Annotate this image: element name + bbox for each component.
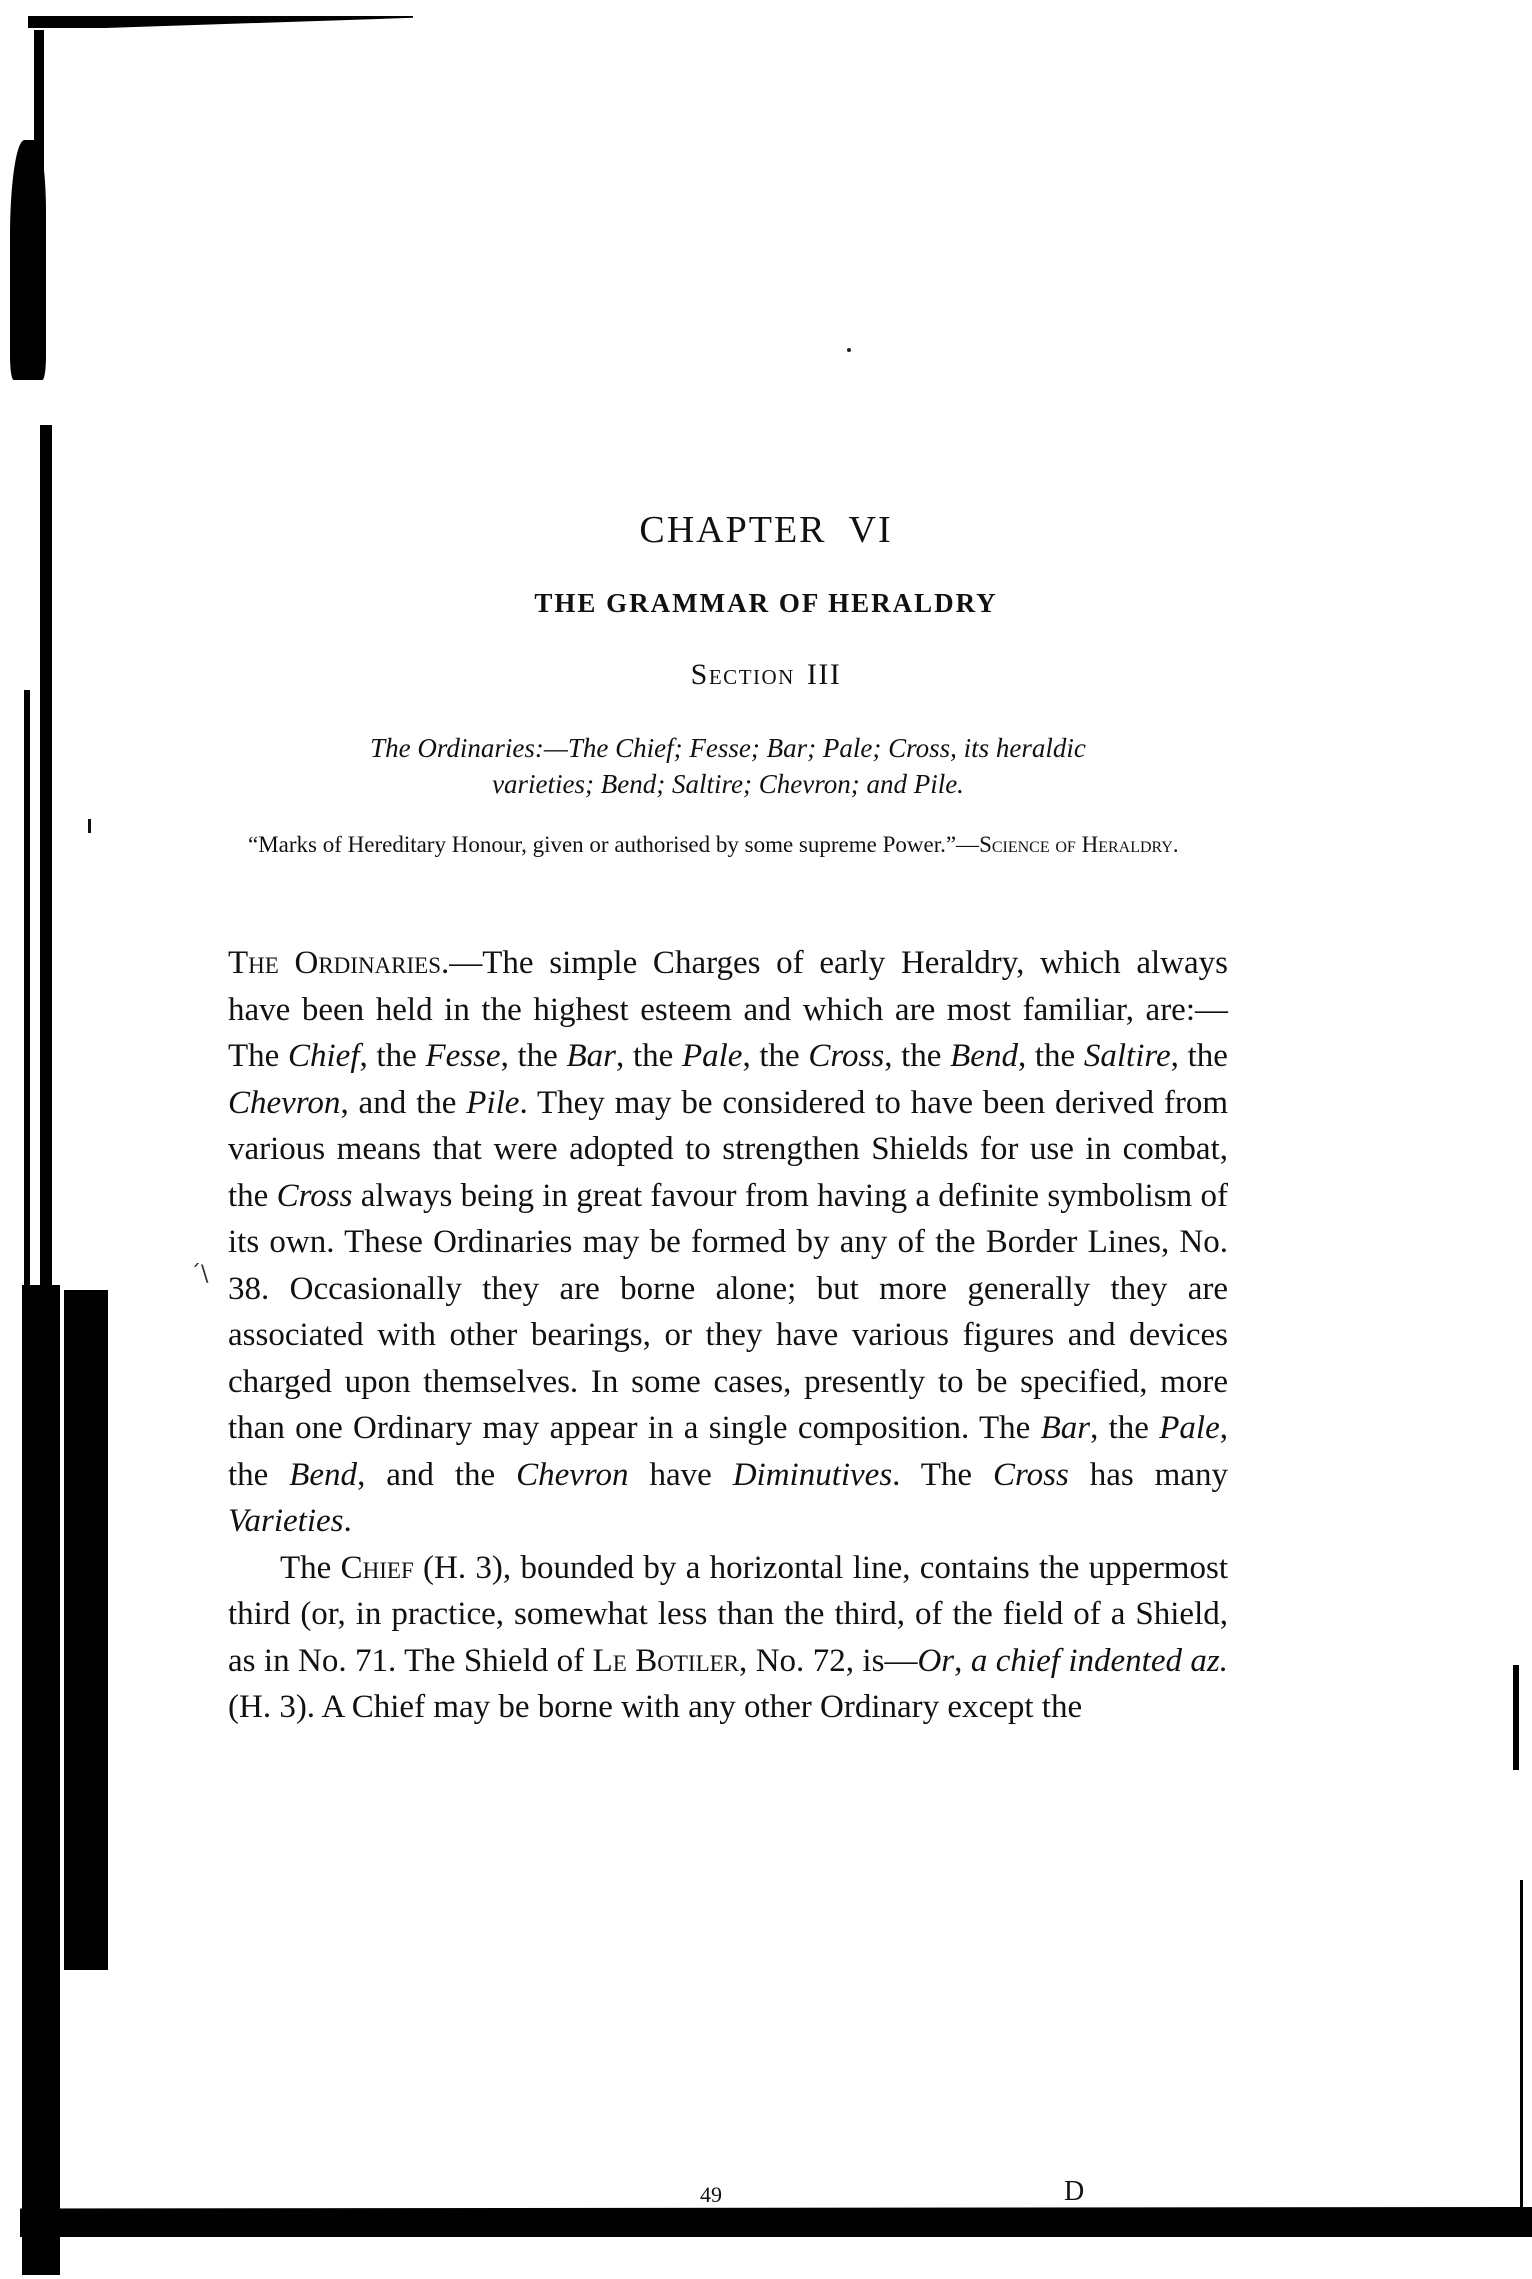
text-run: Varieties [228,1503,343,1539]
text-run: have [629,1457,733,1493]
text-run: , the [1171,1038,1228,1074]
text-run: Bend [950,1038,1018,1074]
text-run: , the [360,1038,426,1074]
margin-annotation-mark: ´\ [190,1262,208,1287]
text-run: Chief [288,1038,360,1074]
text-run: , the [742,1038,808,1074]
text-run: . The [892,1457,993,1493]
text-run: Bar [567,1038,617,1074]
text-run: Pale [682,1038,742,1074]
scan-edge-bottom [20,2207,1532,2237]
text-run: , and the [340,1085,466,1121]
scan-edge-left-strip [40,425,52,1325]
text-run: Chevron [516,1457,628,1493]
text-run: , the [884,1038,950,1074]
paragraph: The Chief (H. 3), bounded by a horizonta… [228,1545,1228,1731]
text-run: Chevron [228,1085,340,1121]
text-run: Cross [808,1038,884,1074]
text-run: , the [1090,1410,1159,1446]
signature-mark: D [1064,2176,1084,2208]
epigraph-quote: “Marks of Hereditary Honour, given or au… [248,832,979,857]
scan-edge-top [28,16,413,28]
epigraph: “Marks of Hereditary Honour, given or au… [228,828,1228,861]
text-run: Saltire [1084,1038,1171,1074]
text-run: Bend [289,1457,357,1493]
section-number: III [807,658,841,691]
text-run: , [954,1643,971,1679]
body-text: The Ordinaries.—The simple Charges of ea… [228,940,1228,1731]
scan-binding-shadow [22,1285,60,2275]
summary-line: The Ordinaries:—The Chief; Fesse; Bar; P… [228,730,1228,766]
scan-binding-shadow [64,1290,108,1970]
paragraph: The Ordinaries.—The simple Charges of ea… [228,940,1228,1545]
chapter-title: THE GRAMMAR OF HERALDRY [0,588,1532,619]
text-run: Cross [993,1457,1069,1493]
text-run: , the [616,1038,682,1074]
summary-line: varieties; Bend; Saltire; Chevron; and P… [228,766,1228,802]
section-summary: The Ordinaries:—The Chief; Fesse; Bar; P… [228,730,1228,802]
text-run: Cross [277,1178,353,1214]
text-run: , No. 72, is— [739,1643,917,1679]
scan-edge-left-strip [24,690,30,1340]
scan-edge-right [1520,1880,1523,2220]
text-run: Le Botiler [593,1643,739,1679]
scan-edge-right-mark [1513,1665,1519,1770]
text-run: Bar [1041,1410,1091,1446]
section-label: Section [691,658,795,691]
text-run: . [343,1503,351,1539]
text-run: Pile [466,1085,519,1121]
text-run: a chief indented az. [971,1643,1228,1679]
scan-edge-left-blob [10,140,46,380]
scan-speck [847,348,851,352]
text-run: The Ordinaries. [228,945,449,981]
scan-speck [88,819,91,833]
chapter-heading: CHAPTERVI [0,508,1532,552]
epigraph-source: Science of Heraldry. [979,832,1179,857]
text-run: , the [501,1038,567,1074]
text-run: (H. 3). A Chief may be borne with any ot… [228,1689,1082,1725]
text-run: Chief [341,1550,414,1586]
text-run: Diminutives [733,1457,892,1493]
page-number: 49 [700,2182,722,2208]
chapter-number: VI [849,509,893,551]
text-run: The [280,1550,341,1586]
chapter-label: CHAPTER [639,509,826,551]
section-heading: SectionIII [0,658,1532,692]
text-run: , the [1018,1038,1084,1074]
text-run: always being in great favour from having… [228,1178,1228,1447]
text-run: Fesse [425,1038,500,1074]
text-run: Or [917,1643,954,1679]
text-run: has many [1069,1457,1228,1493]
text-run: , and the [357,1457,516,1493]
text-run: Pale [1159,1410,1219,1446]
